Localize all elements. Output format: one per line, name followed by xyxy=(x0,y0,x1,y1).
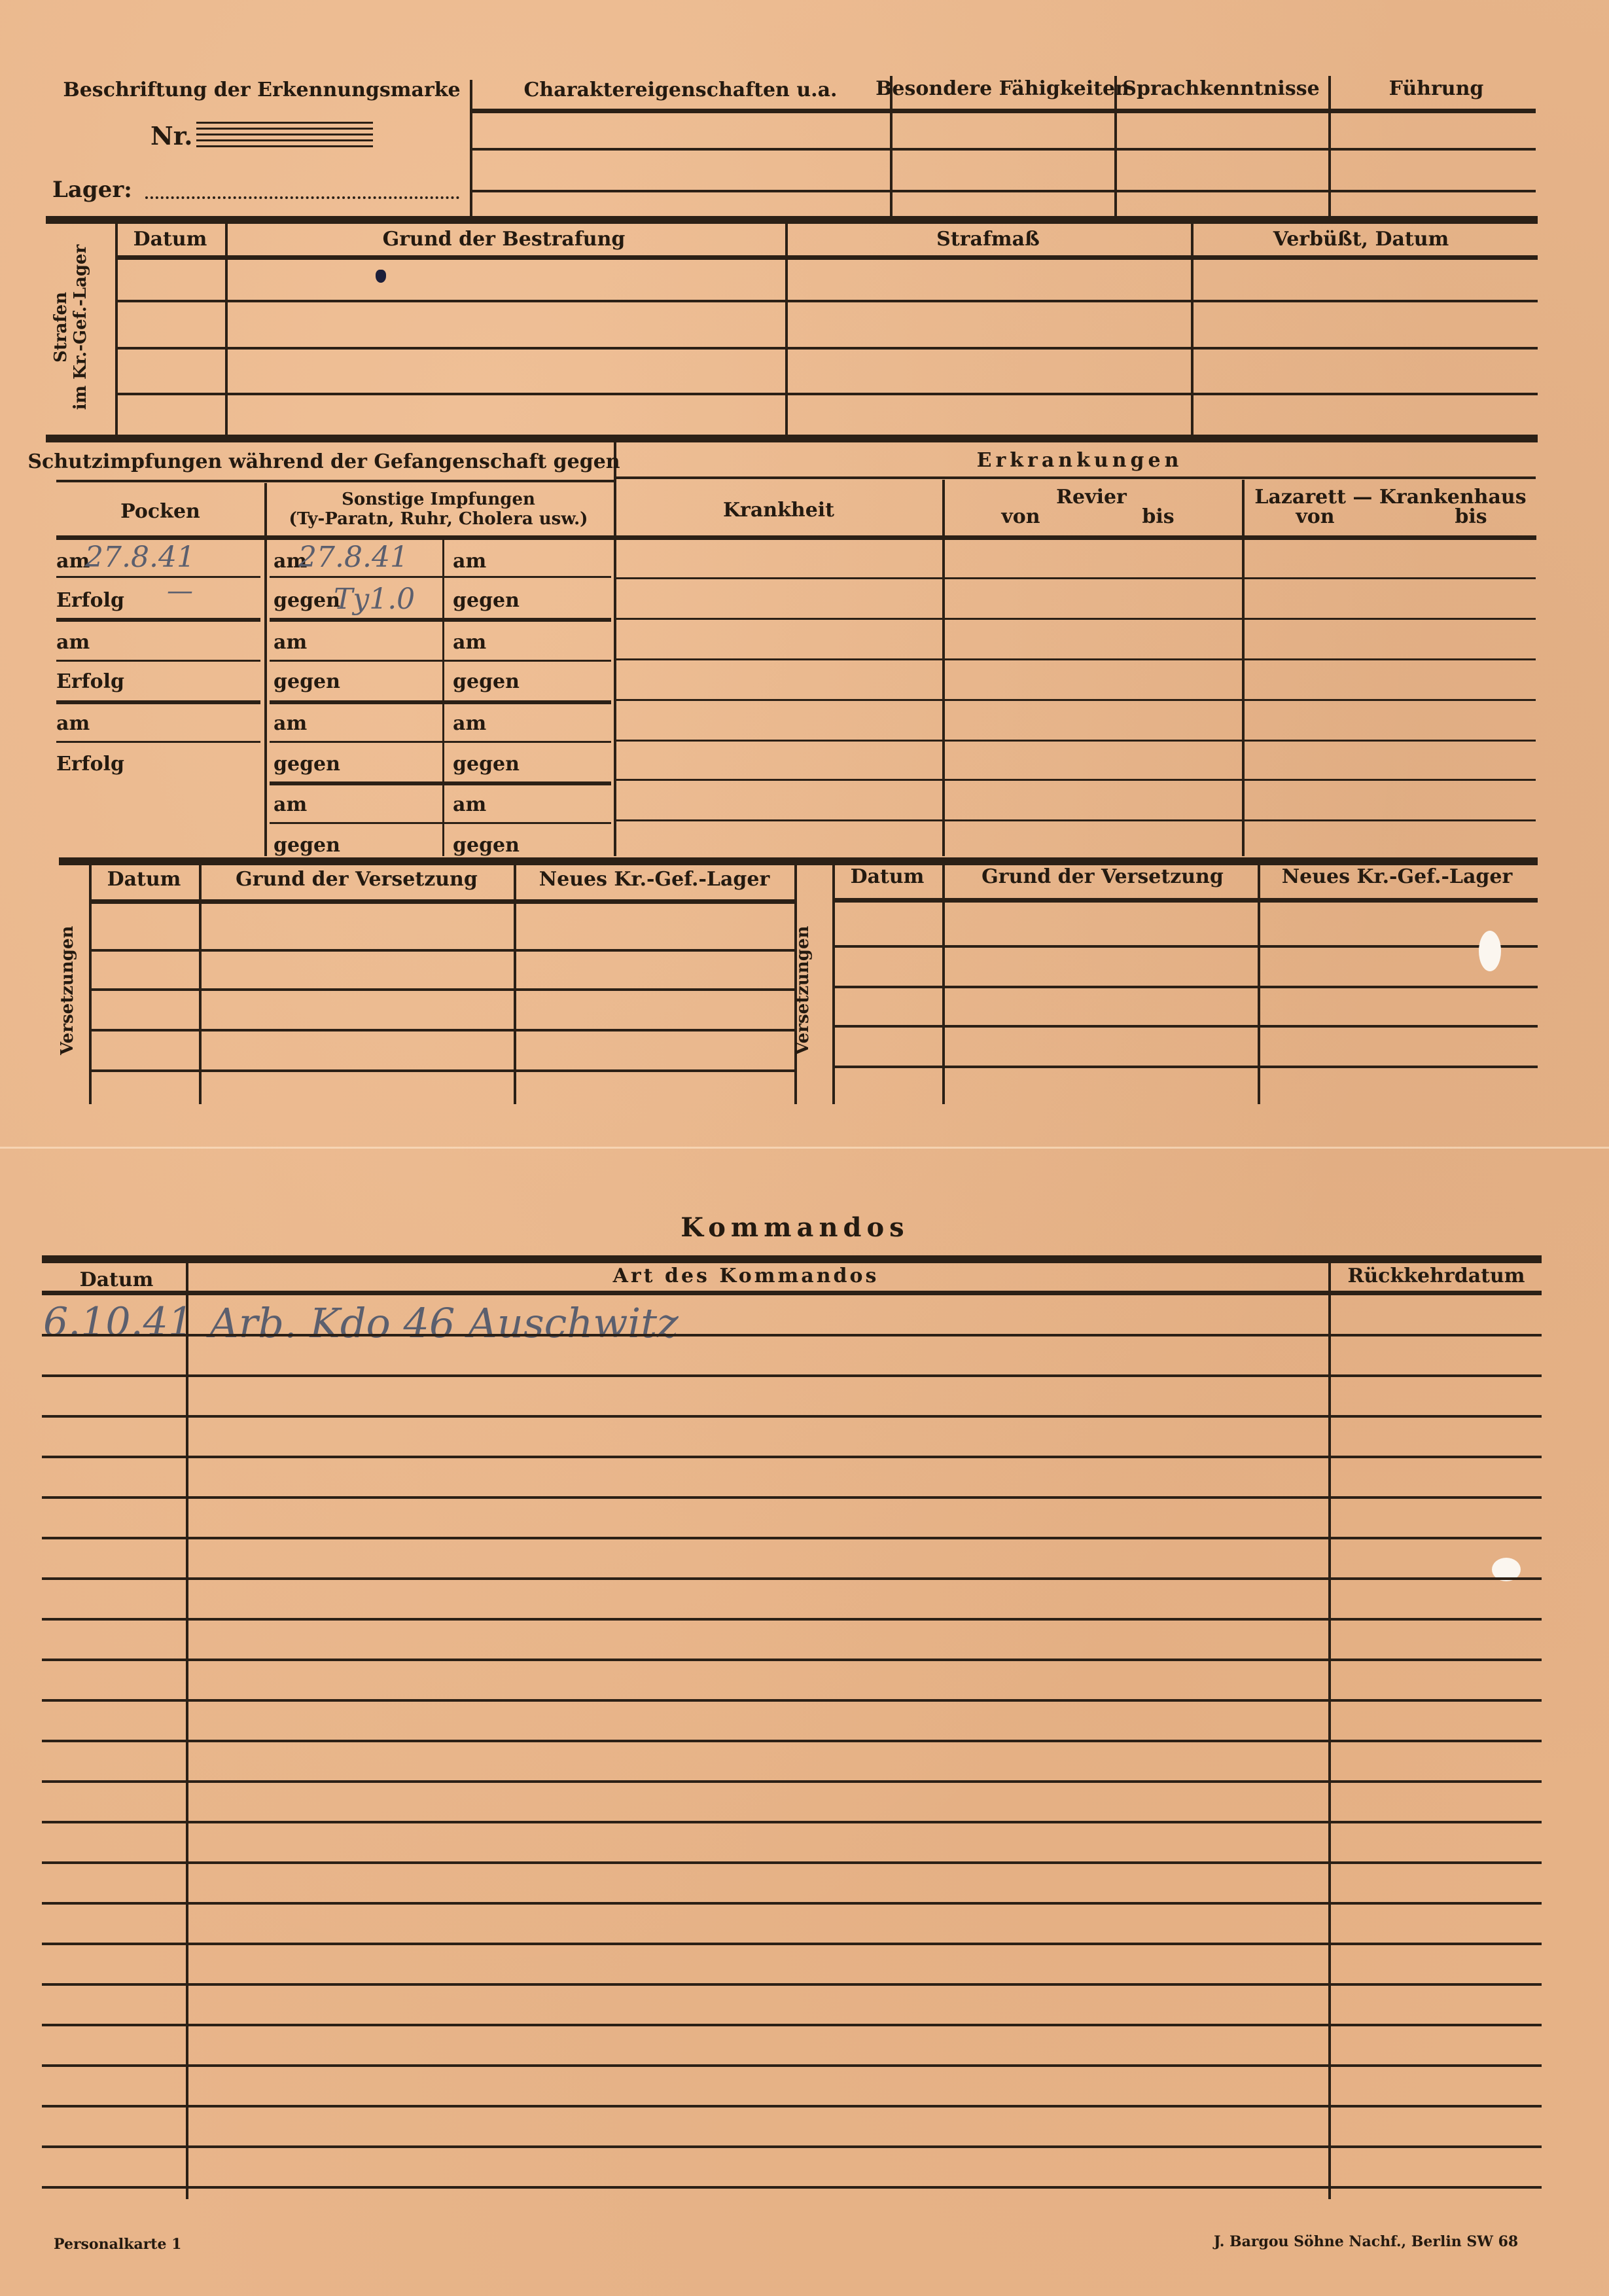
rule xyxy=(42,1618,1542,1621)
rule xyxy=(42,2024,1542,2026)
pocken-erfolg-1-value[interactable]: — xyxy=(167,576,193,606)
sonstige-b-gegen-2: gegen xyxy=(453,670,520,693)
rule xyxy=(472,109,1536,113)
rule xyxy=(270,576,611,578)
rule xyxy=(42,1537,1542,1539)
versetzungen-side-label-right: Versetzungen xyxy=(793,926,813,1055)
vers-left-header-grund: Grund der Versetzung xyxy=(236,868,478,891)
top-field-faehigkeiten[interactable] xyxy=(894,115,1113,213)
fold-crease xyxy=(0,1147,1609,1149)
sonstige-a-gegen-1: gegen xyxy=(274,589,340,612)
rule xyxy=(42,1943,1542,1945)
rule xyxy=(42,2145,1542,2148)
rule xyxy=(616,476,1536,479)
rule xyxy=(42,1334,1542,1336)
rule xyxy=(42,2186,1542,2189)
kommandos-title: Kommandos xyxy=(681,1212,909,1243)
vers-right-header-datum: Datum xyxy=(851,865,925,888)
section-rule xyxy=(46,435,1538,442)
rule xyxy=(42,1902,1542,1905)
kommandos-header-rueckkehr: Rückkehrdatum xyxy=(1347,1265,1525,1287)
pocken-header: Pocken xyxy=(120,500,200,523)
rule xyxy=(270,741,611,743)
rule xyxy=(42,2105,1542,2108)
rule xyxy=(270,660,611,662)
lazarett-bis: bis xyxy=(1455,505,1487,528)
strafen-side-label: Strafen im Kr.-Gef.-Lager xyxy=(51,223,110,432)
rule xyxy=(270,618,611,622)
rule xyxy=(42,1821,1542,1823)
pocken-erfolg-1: Erfolg xyxy=(56,589,124,612)
pocken-am-1-value[interactable]: 27.8.41 xyxy=(85,541,195,574)
nr-label: Nr. xyxy=(150,121,193,151)
impf-right-border xyxy=(614,442,616,856)
sonstige-a-gegen-1-value[interactable]: Ty1.0 xyxy=(334,583,415,616)
rule xyxy=(92,899,794,904)
krankheit-header: Krankheit xyxy=(723,499,834,522)
sonstige-header: Sonstige Impfungen xyxy=(342,490,535,509)
versetzungen-left-table-body[interactable] xyxy=(93,905,793,1103)
sonstige-b-gegen-3: gegen xyxy=(453,753,520,776)
header-sprachkenntnisse: Sprachkenntnisse xyxy=(1122,77,1319,100)
header-besondere-faehigkeiten: Besondere Fähigkeiten xyxy=(875,77,1129,100)
col-divider xyxy=(1328,76,1331,216)
rule xyxy=(56,480,614,482)
vers-left-header-datum: Datum xyxy=(107,868,181,891)
punch-hole xyxy=(1479,931,1501,971)
sonstige-a-am-4: am xyxy=(274,793,307,816)
header-charaktereigenschaften: Charaktereigenschaften u.a. xyxy=(524,79,838,101)
kommandos-header-datum: Datum xyxy=(80,1268,154,1291)
rule xyxy=(56,700,260,704)
rule xyxy=(270,700,611,704)
versetzungen-right-table-body[interactable] xyxy=(836,903,1536,1103)
rule xyxy=(270,822,611,824)
sonstige-b-am-4: am xyxy=(453,793,486,816)
sonstige-b-am-3: am xyxy=(453,712,486,735)
sonstige-a-gegen-2: gegen xyxy=(274,670,340,693)
lager-label: Lager: xyxy=(52,177,132,203)
sonstige-b-am-2: am xyxy=(453,631,486,654)
top-field-sprachen[interactable] xyxy=(1118,115,1327,213)
strafen-header-verbuesst: Verbüßt, Datum xyxy=(1273,228,1449,251)
rule xyxy=(42,1659,1542,1661)
strafen-header-datum: Datum xyxy=(133,228,207,251)
section-rule xyxy=(42,1255,1542,1263)
lager-field[interactable] xyxy=(145,196,459,199)
nr-field[interactable] xyxy=(196,122,373,148)
rule xyxy=(42,1374,1542,1377)
rule xyxy=(56,576,260,578)
rule xyxy=(42,1699,1542,1702)
rule xyxy=(42,1577,1542,1580)
lazarett-von: von xyxy=(1296,505,1334,528)
revier-header: Revier xyxy=(1056,486,1127,509)
sonstige-a-am-3: am xyxy=(274,712,307,735)
vers-left-header-lager: Neues Kr.-Gef.-Lager xyxy=(539,868,770,891)
pocken-am-3: am xyxy=(56,712,90,735)
revier-von: von xyxy=(1001,505,1040,528)
erkrankungen-title: Erkrankungen xyxy=(977,449,1183,472)
header-fuehrung: Führung xyxy=(1389,77,1484,100)
kommandos-header-art: Art des Kommandos xyxy=(613,1265,879,1287)
versetzungen-side-label-left: Versetzungen xyxy=(58,926,77,1055)
section-rule xyxy=(46,216,1538,224)
top-field-charakter[interactable] xyxy=(474,115,889,213)
form-name: Personalkarte 1 xyxy=(54,2236,181,2253)
rule xyxy=(270,781,611,785)
rule xyxy=(56,741,260,743)
rule xyxy=(42,1415,1542,1418)
rule xyxy=(56,618,260,622)
section-rule xyxy=(59,857,1538,865)
impfungen-title: Schutzimpfungen während der Gefangenscha… xyxy=(27,450,620,473)
pocken-erfolg-3: Erfolg xyxy=(56,753,124,776)
sonstige-a-am-2: am xyxy=(274,631,307,654)
kommandos-table-body[interactable] xyxy=(42,1293,1542,2199)
pocken-am-2: am xyxy=(56,631,90,654)
revier-bis: bis xyxy=(1142,505,1174,528)
vers-right-header-grund: Grund der Versetzung xyxy=(981,865,1224,888)
sonstige-b-am-1: am xyxy=(453,550,486,573)
rule xyxy=(42,1780,1542,1783)
printer-imprint: J. Bargou Söhne Nachf., Berlin SW 68 xyxy=(1214,2233,1518,2250)
sonstige-a-gegen-3: gegen xyxy=(274,753,340,776)
sonstige-a-am-1-value[interactable]: 27.8.41 xyxy=(298,541,408,574)
sonstige-b-gegen-1: gegen xyxy=(453,589,520,612)
strafen-header-strafmass: Strafmaß xyxy=(936,228,1040,251)
rule xyxy=(42,1496,1542,1499)
col-divider xyxy=(442,539,444,856)
rule xyxy=(56,660,260,662)
sonstige-b-gegen-4: gegen xyxy=(453,834,520,857)
strafen-table-body[interactable] xyxy=(119,260,1536,435)
erkennungsmarke-title: Beschriftung der Erkennungsmarke xyxy=(63,79,460,101)
rule xyxy=(56,535,1536,540)
rule xyxy=(42,1456,1542,1458)
erkrankungen-table-body[interactable] xyxy=(618,541,1535,855)
rule xyxy=(835,898,1538,903)
strafen-header-grund: Grund der Bestrafung xyxy=(383,228,626,251)
rule xyxy=(42,1861,1542,1864)
vers-right-header-lager: Neues Kr.-Gef.-Lager xyxy=(1282,865,1513,888)
rule xyxy=(118,255,1538,260)
sonstige-sub: (Ty-Paratn, Ruhr, Cholera usw.) xyxy=(289,509,588,529)
rule xyxy=(42,2064,1542,2067)
rule xyxy=(42,1983,1542,1986)
top-field-fuehrung[interactable] xyxy=(1332,115,1535,213)
pocken-erfolg-2: Erfolg xyxy=(56,670,124,693)
rule xyxy=(42,1740,1542,1742)
sonstige-a-gegen-4: gegen xyxy=(274,834,340,857)
